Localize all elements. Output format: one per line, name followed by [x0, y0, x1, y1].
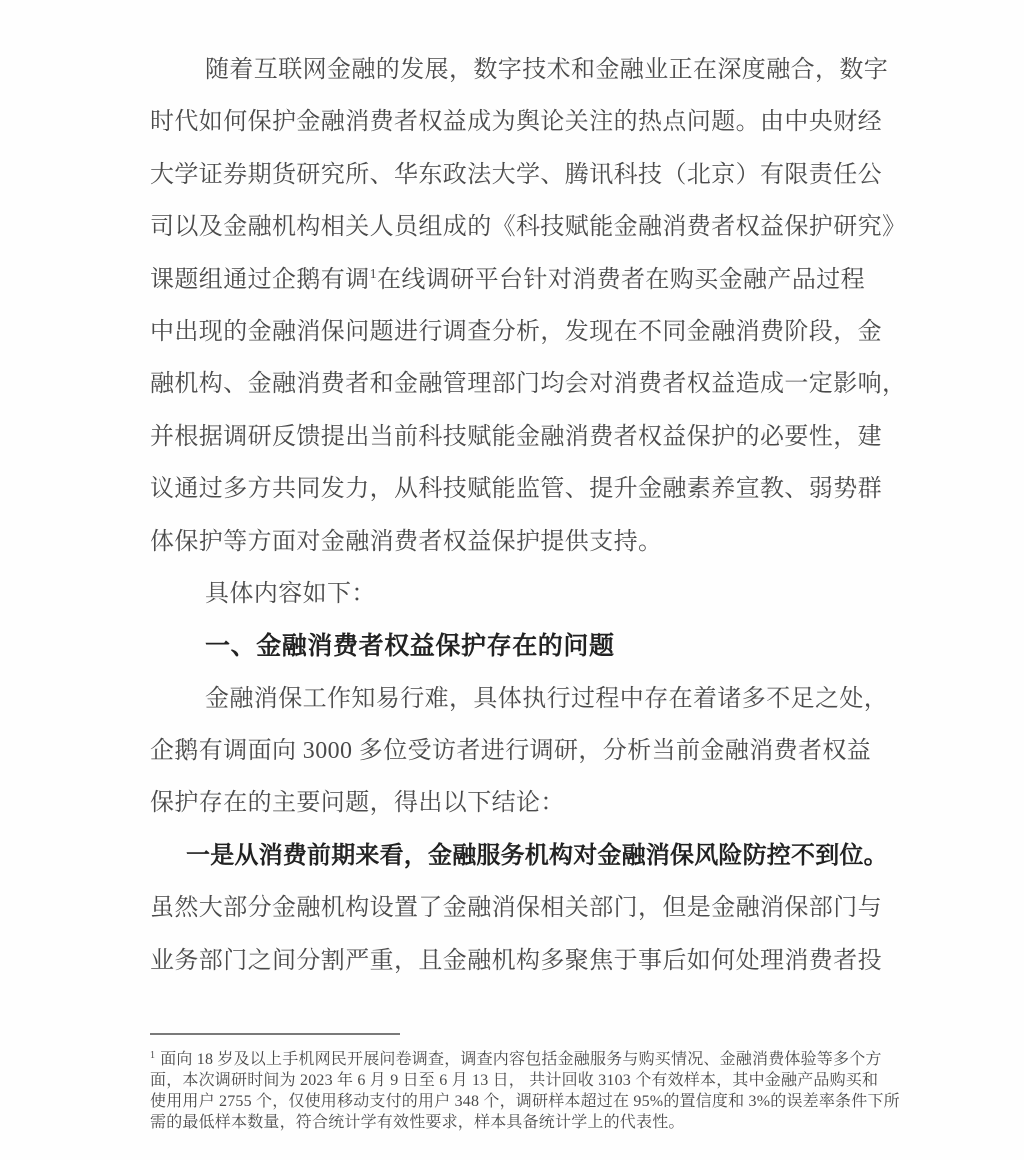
text-run: 并根据调研反馈提出当前科技赋能金融消费者权益保护的必要性，建: [150, 424, 882, 450]
text-run: 具体内容如下：: [205, 581, 376, 607]
text-run: 企鹅有调面向 3000 多位受访者进行调研，分析当前金融消费者权益: [150, 738, 871, 764]
footnote: 1面向 18 岁及以上手机网民开展问卷调查，调查内容包括金融服务与购买情况、金融…: [150, 1033, 895, 1133]
text-run: 中出现的金融消保问题进行调查分析，发现在不同金融消费阶段，金: [150, 319, 882, 345]
text-line: 虽然大部分金融机构设置了金融消保相关部门，但是金融消保部门与: [150, 882, 895, 934]
document-body: 随着互联网金融的发展，数字技术和金融业正在深度融合，数字时代如何保护金融消费者权…: [150, 44, 895, 987]
footnote-lines: 1面向 18 岁及以上手机网民开展问卷调查，调查内容包括金融服务与购买情况、金融…: [150, 1049, 895, 1133]
text-line: 体保护等方面对金融消费者权益保护提供支持。: [150, 516, 895, 568]
text-line: 并根据调研反馈提出当前科技赋能金融消费者权益保护的必要性，建: [150, 411, 895, 463]
text-line: 金融消保工作知易行难，具体执行过程中存在着诸多不足之处，: [150, 673, 895, 725]
text-run: 虽然大部分金融机构设置了金融消保相关部门，但是金融消保部门与: [150, 895, 882, 921]
text-run: 随着互联网金融的发展，数字技术和金融业正在深度融合，数字: [205, 57, 888, 83]
text-run: 业务部门之间分割严重，且金融机构多聚焦于事后如何处理消费者投: [150, 948, 882, 974]
text-line: 时代如何保护金融消费者权益成为舆论关注的热点问题。由中央财经: [150, 96, 895, 148]
footnote-reference: 1: [150, 1050, 155, 1061]
text-line: 保护存在的主要问题，得出以下结论：: [150, 777, 895, 829]
text-run: 时代如何保护金融消费者权益成为舆论关注的热点问题。由中央财经: [150, 109, 882, 135]
text-run: 司以及金融机构相关人员组成的《科技赋能金融消费者权益保护研究》: [150, 214, 906, 240]
document-page: 随着互联网金融的发展，数字技术和金融业正在深度融合，数字时代如何保护金融消费者权…: [0, 0, 1024, 1160]
text-line: 司以及金融机构相关人员组成的《科技赋能金融消费者权益保护研究》: [150, 201, 895, 253]
text-line: 业务部门之间分割严重，且金融机构多聚焦于事后如何处理消费者投: [150, 935, 895, 987]
text-line: 中出现的金融消保问题进行调查分析，发现在不同金融消费阶段，金: [150, 306, 895, 358]
text-run: 需的最低样本数量，符合统计学有效性要求，样本具备统计学上的代表性。: [150, 1114, 685, 1131]
text-run: 一、金融消费者权益保护存在的问题: [205, 632, 615, 660]
text-line: 一是从消费前期来看，金融服务机构对金融消保风险防控不到位。: [150, 830, 895, 882]
text-line: 随着互联网金融的发展，数字技术和金融业正在深度融合，数字: [150, 44, 895, 96]
text-run: 面，本次调研时间为 2023 年 6 月 9 日至 6 月 13 日， 共计回收…: [150, 1072, 878, 1089]
footnote-separator: [150, 1033, 400, 1035]
text-run: 面向 18 岁及以上手机网民开展问卷调查，调查内容包括金融服务与购买情况、金融消…: [160, 1051, 881, 1068]
text-line: 议通过多方共同发力，从科技赋能监管、提升金融素养宣教、弱势群: [150, 463, 895, 515]
text-run: 保护存在的主要问题，得出以下结论：: [150, 790, 565, 816]
text-run: 融机构、金融消费者和金融管理部门均会对消费者权益造成一定影响，: [150, 371, 906, 397]
text-line: 大学证券期货研究所、华东政法大学、腾讯科技（北京）有限责任公: [150, 149, 895, 201]
footnote-line: 需的最低样本数量，符合统计学有效性要求，样本具备统计学上的代表性。: [150, 1112, 895, 1133]
text-line: 具体内容如下：: [150, 568, 895, 620]
text-line: 企鹅有调面向 3000 多位受访者进行调研，分析当前金融消费者权益: [150, 725, 895, 777]
text-line: 融机构、金融消费者和金融管理部门均会对消费者权益造成一定影响，: [150, 358, 895, 410]
footnote-line: 1面向 18 岁及以上手机网民开展问卷调查，调查内容包括金融服务与购买情况、金融…: [150, 1049, 895, 1070]
footnote-line: 面，本次调研时间为 2023 年 6 月 9 日至 6 月 13 日， 共计回收…: [150, 1070, 895, 1091]
text-run: 课题组通过企鹅有调: [150, 267, 370, 293]
text-run: 一是从消费前期来看，金融服务机构对金融消保风险防控不到位。: [186, 842, 888, 869]
text-run: 金融消保工作知易行难，具体执行过程中存在着诸多不足之处，: [205, 686, 888, 712]
text-line: 课题组通过企鹅有调1在线调研平台针对消费者在购买金融产品过程: [150, 254, 895, 306]
section-heading: 一、金融消费者权益保护存在的问题: [150, 620, 895, 672]
footnote-reference: 1: [370, 267, 377, 282]
text-run: 在线调研平台针对消费者在购买金融产品过程: [377, 267, 865, 293]
text-run: 议通过多方共同发力，从科技赋能监管、提升金融素养宣教、弱势群: [150, 476, 882, 502]
footnote-line: 使用用户 2755 个，仅使用移动支付的用户 348 个，调研样本超过在 95%…: [150, 1091, 895, 1112]
text-run: 体保护等方面对金融消费者权益保护提供支持。: [150, 529, 662, 555]
text-run: 使用用户 2755 个，仅使用移动支付的用户 348 个，调研样本超过在 95%…: [150, 1093, 900, 1110]
text-run: 大学证券期货研究所、华东政法大学、腾讯科技（北京）有限责任公: [150, 162, 882, 188]
